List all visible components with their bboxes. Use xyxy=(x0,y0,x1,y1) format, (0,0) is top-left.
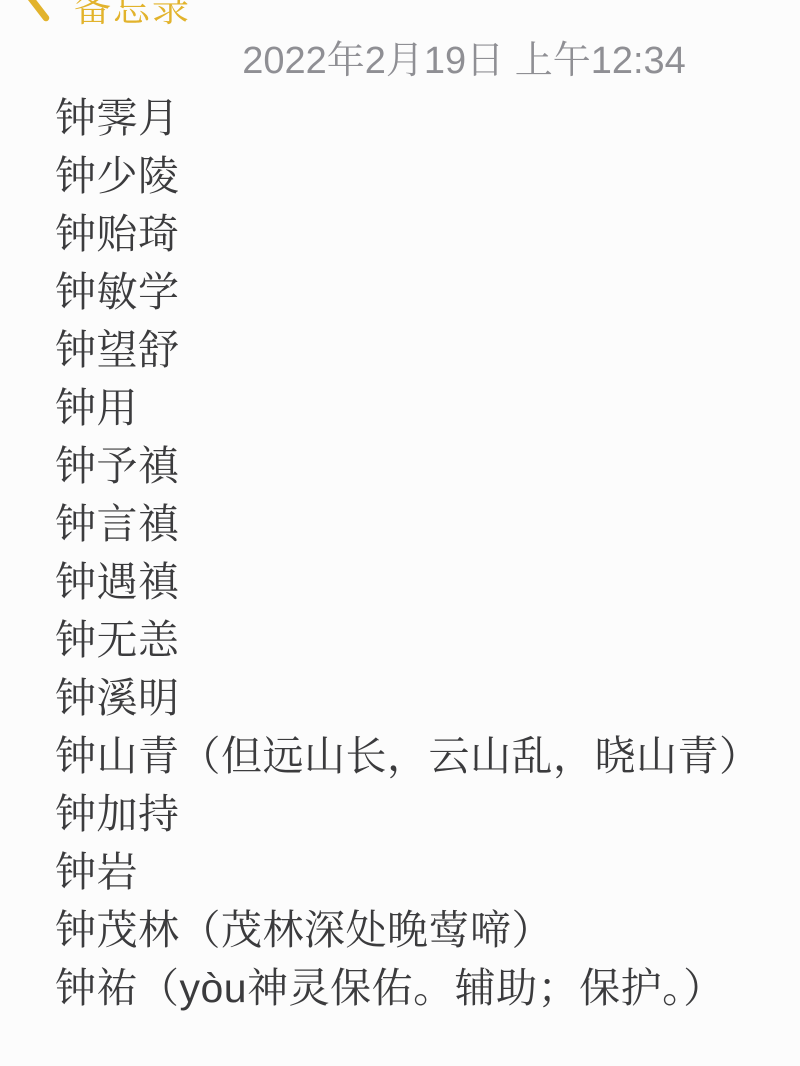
note-line[interactable]: 钟贻琦 xyxy=(55,205,785,263)
note-line[interactable]: 钟望舒 xyxy=(55,321,785,379)
note-line[interactable]: 钟予禛 xyxy=(55,437,785,495)
note-line[interactable]: 钟溪明 xyxy=(55,669,785,727)
note-line[interactable]: 钟用 xyxy=(55,379,785,437)
note-line[interactable]: 钟岩 xyxy=(55,843,785,901)
note-line[interactable]: 钟祐（yòu神灵保佑。辅助；保护。） xyxy=(55,959,785,1017)
note-date: 2022年2月19日 上午12:34 xyxy=(0,40,800,82)
note-line[interactable]: 钟无恙 xyxy=(55,611,785,669)
note-line[interactable]: 钟遇禛 xyxy=(55,553,785,611)
note-line[interactable]: 钟言禛 xyxy=(55,495,785,553)
chevron-left-icon xyxy=(24,0,52,22)
notes-app-screen: 备忘录 2022年2月19日 上午12:34 钟霁月 钟少陵 钟贻琦 钟敏学 钟… xyxy=(0,0,800,1066)
note-line[interactable]: 钟敏学 xyxy=(55,263,785,321)
back-button-label: 备忘录 xyxy=(74,0,191,32)
note-line[interactable]: 钟茂林（茂林深处晚莺啼） xyxy=(55,901,785,959)
note-body[interactable]: 钟霁月 钟少陵 钟贻琦 钟敏学 钟望舒 钟用 钟予禛 钟言禛 钟遇禛 钟无恙 钟… xyxy=(55,89,785,1017)
note-line[interactable]: 钟霁月 xyxy=(55,89,785,147)
note-line[interactable]: 钟山青（但远山长，云山乱，晓山青） xyxy=(55,727,785,785)
note-line[interactable]: 钟加持 xyxy=(55,785,785,843)
note-line[interactable]: 钟少陵 xyxy=(55,147,785,205)
